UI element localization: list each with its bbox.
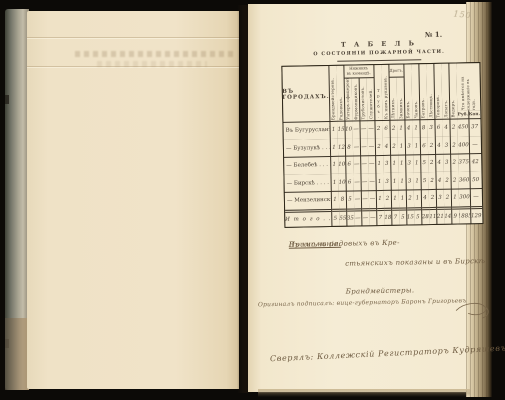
table-cell: —	[369, 191, 376, 208]
table-cell: 5	[421, 172, 428, 189]
table-cell: —	[361, 191, 368, 208]
table-cell: 1	[413, 137, 420, 154]
table-cell: 2	[375, 138, 382, 155]
rub-cell: 1885	[459, 206, 470, 223]
table-cell: 1	[330, 121, 337, 138]
rub-cell: 300	[459, 189, 470, 206]
rub-cell: 360	[458, 171, 469, 188]
table-cell: 6	[420, 137, 427, 154]
table-cell: 11	[429, 207, 436, 224]
table-cell: 2	[375, 120, 382, 137]
table-cell: 1	[376, 173, 383, 190]
table-cell: —	[368, 173, 375, 190]
signature-flourish-icon	[454, 300, 492, 321]
kop-cell: —	[470, 189, 481, 206]
vertical-label-text: Ведеръ.	[451, 99, 455, 119]
table-cell: 3	[405, 137, 412, 154]
note-line: стьянскихъ показаны и въ Бирскѣ	[345, 258, 491, 268]
vertical-label-text: Трубочистовъ.	[361, 85, 366, 120]
table-cell: 35	[347, 209, 354, 226]
vertical-label-text: Рядовыхъ.	[338, 95, 342, 120]
table-cell: 1	[391, 190, 398, 207]
table-cell: 2	[443, 172, 450, 189]
table-cell: 1	[391, 173, 398, 190]
vertical-label-text: Служителей.	[368, 88, 373, 120]
vertical-label-text: Багровъ.	[421, 97, 425, 119]
subtitle-rule	[337, 59, 421, 61]
table-cell: —	[354, 208, 361, 225]
table-cell: 10	[338, 174, 345, 191]
table-cell: 4	[442, 119, 449, 136]
right-page-content: 150 № 1. Т А Б Е Л Ь О СОСТОЯНІИ ПОЖАРНО…	[0, 0, 505, 400]
table-cell: 7	[392, 208, 399, 225]
vertical-label-text: Лѣтнихъ.	[391, 97, 395, 120]
group-label-line: въ командѣ.	[347, 71, 371, 76]
table-cell: 3	[436, 189, 443, 206]
table-cell: 3	[406, 172, 413, 189]
table-cell: —	[353, 173, 360, 190]
table-cell: —	[353, 156, 360, 173]
table-cell: 4	[435, 137, 442, 154]
vertical-label-text: Брандмейстеровъ.	[331, 77, 336, 121]
table-cell: 55	[339, 209, 346, 226]
table-cell: —	[368, 138, 375, 155]
table-cell: 2	[429, 189, 436, 206]
table-cell: —	[360, 138, 367, 155]
money-sub-header-rub: Руб.	[457, 110, 468, 118]
row-label: — Белебеѣ . . . .	[284, 156, 330, 174]
table-cell: 10	[345, 121, 352, 138]
rub-cell: 375	[458, 154, 469, 171]
table-cell: 2	[390, 138, 397, 155]
table-cell: —	[352, 121, 359, 138]
table-cell: 4	[383, 138, 390, 155]
table-cell: 18	[384, 208, 391, 225]
table-cell: 5	[414, 207, 421, 224]
table-cell: 2	[384, 190, 391, 207]
table-cell: 4	[436, 172, 443, 189]
table-cell: 4	[436, 154, 443, 171]
kop-cell: 37	[469, 119, 480, 136]
table-cell: 28	[422, 207, 429, 224]
table-cell: 6	[382, 120, 389, 137]
rub-cell: 450	[457, 119, 468, 136]
table-cell: 1	[413, 155, 420, 172]
table-cell: 21	[437, 207, 444, 224]
table-cell: 2	[450, 119, 457, 136]
table-cell: 6	[346, 174, 353, 191]
row-label: Въ Бугурусланѣ . . .	[283, 121, 329, 139]
table-cell: —	[361, 156, 368, 173]
inscription-text: Оригиналъ подписалъ: вице-губернаторъ Ба…	[258, 297, 467, 308]
vertical-label-text: Чановъ.	[414, 99, 418, 119]
table-cell: 2	[451, 154, 458, 171]
table-cell: 1	[331, 156, 338, 173]
table-cell: 14	[444, 207, 451, 224]
table-cell: 3	[443, 154, 450, 171]
table-cell: 5	[421, 155, 428, 172]
table-cell: —	[369, 208, 376, 225]
table-cell: 12	[338, 139, 345, 156]
table-cell: 2	[428, 172, 435, 189]
table-cell: —	[360, 121, 367, 138]
table-cell: —	[361, 173, 368, 190]
table-cell: —	[367, 121, 374, 138]
table-cell: 8	[420, 120, 427, 137]
handwritten-inscription: Оригиналъ подписалъ: вице-губернаторъ Ба…	[258, 297, 493, 309]
table-cell: 2	[428, 154, 435, 171]
table-cell: 3	[383, 173, 390, 190]
table-cell: 2	[406, 190, 413, 207]
table-cell: 1	[397, 120, 404, 137]
table-cell: 3	[427, 119, 434, 136]
handwritten-signature: Сверялъ: Коллежскій Регистраторъ Кудряше…	[270, 343, 505, 363]
vertical-label-text: Лопатъ.	[444, 98, 448, 118]
vertical-label-text: Трубъ.	[376, 87, 380, 120]
note-line: Брандмейстеры.	[346, 286, 492, 296]
table-cell: 2	[428, 137, 435, 154]
table-cell: 1	[376, 190, 383, 207]
table-cell: 2	[451, 172, 458, 189]
table-cell: 1	[376, 155, 383, 172]
table-cell: 7	[377, 208, 384, 225]
table-cell: 2	[450, 137, 457, 154]
kop-cell: 50	[470, 171, 481, 188]
table-cell: 2	[444, 189, 451, 206]
vertical-label-text: Фурманщиковъ.	[353, 82, 358, 120]
table-cell: 9	[452, 207, 459, 224]
table-cell: 1	[330, 139, 337, 156]
table-cell: 1	[398, 155, 405, 172]
table-cell: 1	[398, 173, 405, 190]
table-cell: —	[362, 208, 369, 225]
table-cell: 5	[332, 209, 339, 226]
kop-cell: 42	[470, 154, 481, 171]
table-cell: 4	[421, 190, 428, 207]
book-scan: 150 № 1. Т А Б Е Л Ь О СОСТОЯНІИ ПОЖАРНО…	[0, 0, 505, 400]
table-cell: 8	[339, 191, 346, 208]
table-first-column-header: ВЪ ГОРОДАХЪ.	[282, 66, 329, 122]
vertical-label-text: Къ нимъ рукавовъ.	[383, 75, 388, 120]
table-cell: 6	[346, 156, 353, 173]
table-subtitle: О СОСТОЯНІИ ПОЖАРНОЙ ЧАСТИ.	[281, 48, 477, 58]
table-cell: 15	[337, 121, 344, 138]
fire-brigade-table: ВЪ ГОРОДАХЪ.Брандмейстеровъ.Рядовыхъ.Унт…	[281, 62, 483, 228]
table-cell: 4	[405, 120, 412, 137]
note-text: Въ числѣ рядовыхъ въ Кре-	[289, 240, 400, 250]
table-cell: 1	[391, 155, 398, 172]
column-header-money: Что имѣется на содержаніе въ годъ.	[456, 63, 479, 110]
row-label: И т о г о . .	[285, 209, 331, 227]
table-cell: 10	[338, 156, 345, 173]
vertical-label-text: Что имѣется на содержаніе въ годъ.	[460, 68, 477, 110]
table-cell: 1	[331, 191, 338, 208]
column-group-header: Дрогъ.	[389, 65, 404, 77]
table-cell: 2	[390, 120, 397, 137]
table-cell: 3	[443, 137, 450, 154]
kop-cell: —	[469, 136, 480, 153]
table-cell: 1	[399, 190, 406, 207]
kop-cell: 129	[471, 206, 482, 223]
table-cell: 3	[383, 155, 390, 172]
table-cell: —	[353, 138, 360, 155]
vertical-label-text: Бочекъ.	[406, 99, 410, 119]
table-cell: 1	[451, 189, 458, 206]
table-cell: —	[354, 191, 361, 208]
table-cell: 1	[412, 120, 419, 137]
pencil-page-number: 150	[453, 9, 472, 20]
vertical-label-text: Зимнихъ.	[398, 96, 402, 119]
table-cell: 6	[435, 119, 442, 136]
handwritten-note: Примѣчаніе:Въ числѣ рядовыхъ въ Кре- сть…	[289, 238, 492, 275]
table-cell: 1	[413, 172, 420, 189]
vertical-label-text: Лѣстницъ.	[428, 93, 432, 119]
vertical-label-text: Топоровъ.	[436, 94, 440, 119]
column-group-header: Нижнихъвъ командѣ.	[344, 65, 374, 78]
table-cell: 5	[346, 191, 353, 208]
table-cell: 5	[399, 208, 406, 225]
note-line: Примѣчаніе:Въ числѣ рядовыхъ въ Кре-	[289, 238, 491, 242]
row-label: — Бирскѣ . . . . .	[284, 174, 330, 192]
table-cell: 1	[398, 138, 405, 155]
sheet-number: № 1.	[425, 30, 443, 39]
table-cell: 15	[407, 207, 414, 224]
group-label-line: Дрогъ.	[389, 68, 403, 73]
table-cell: 3	[406, 155, 413, 172]
table-cell: 1	[331, 174, 338, 191]
row-label: — Мензелинскѣ . .	[285, 191, 331, 209]
money-sub-header-kop: Коп.	[469, 110, 480, 118]
vertical-label-text: Унтеръ-офицеровъ.	[346, 78, 351, 121]
row-label: — Бузулукѣ . . . .	[284, 139, 330, 157]
rub-cell: 400	[458, 136, 469, 153]
table-cell: 1	[414, 190, 421, 207]
table-cell: —	[368, 156, 375, 173]
table-cell: 8	[345, 139, 352, 156]
